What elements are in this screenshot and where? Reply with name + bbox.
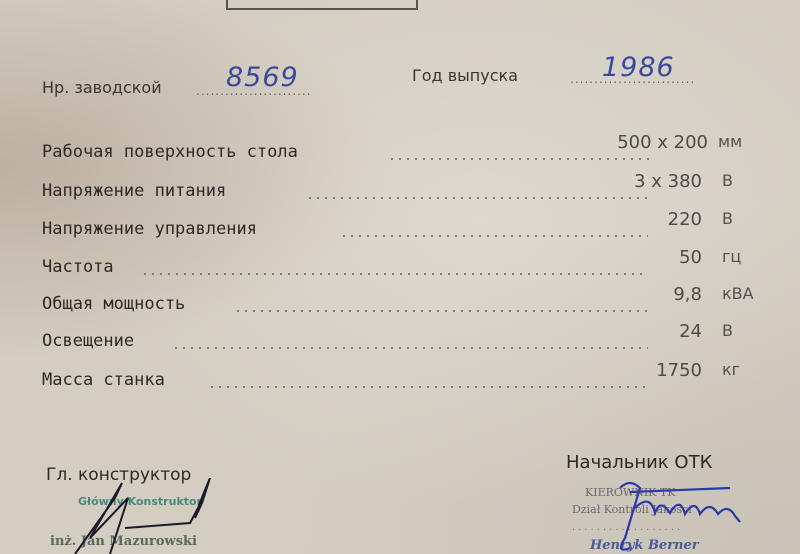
spec-unit: В (722, 321, 733, 340)
spec-leader-dots (340, 235, 648, 237)
spec-label: Освещение (42, 331, 134, 351)
spec-unit: гц (722, 247, 741, 266)
spec-unit: В (722, 171, 733, 190)
spec-value: 9,8 (673, 284, 702, 305)
year-label: Год выпуска (412, 66, 518, 85)
spec-label: Общая мощность (42, 294, 185, 314)
top-frame-box (226, 0, 418, 10)
spec-value: 220 (668, 209, 702, 230)
serial-number-label: Нр. заводской (42, 78, 162, 97)
spec-value: 24 (679, 321, 702, 342)
spec-leader-dots (306, 197, 648, 199)
spec-unit: В (722, 209, 733, 228)
spec-unit: кг (722, 360, 740, 379)
spec-value: 50 (679, 247, 702, 268)
spec-label: Частота (42, 257, 114, 277)
spec-leader-dots (172, 347, 648, 349)
spec-value: 500 x 200 (617, 132, 708, 153)
spec-leader-dots (141, 273, 648, 275)
spec-value: 3 x 380 (634, 171, 702, 192)
spec-value: 1750 (656, 360, 702, 381)
spec-label: Масса станка (42, 370, 165, 390)
serial-number-value: 8569 (226, 62, 299, 93)
spec-label: Напряжение управления (42, 219, 257, 239)
qc-head-title: Начальник ОТК (566, 452, 712, 473)
year-value: 1986 (602, 52, 675, 83)
spec-unit: кВА (722, 284, 754, 303)
chief-designer-signature (70, 478, 220, 554)
spec-unit: мм (718, 132, 742, 151)
spec-label: Напряжение питания (42, 181, 226, 201)
spec-label: Рабочая поверхность стола (42, 142, 298, 162)
qc-head-signature (600, 478, 750, 554)
spec-leader-dots (388, 158, 654, 160)
spec-leader-dots (208, 386, 648, 388)
spec-leader-dots (234, 310, 648, 312)
